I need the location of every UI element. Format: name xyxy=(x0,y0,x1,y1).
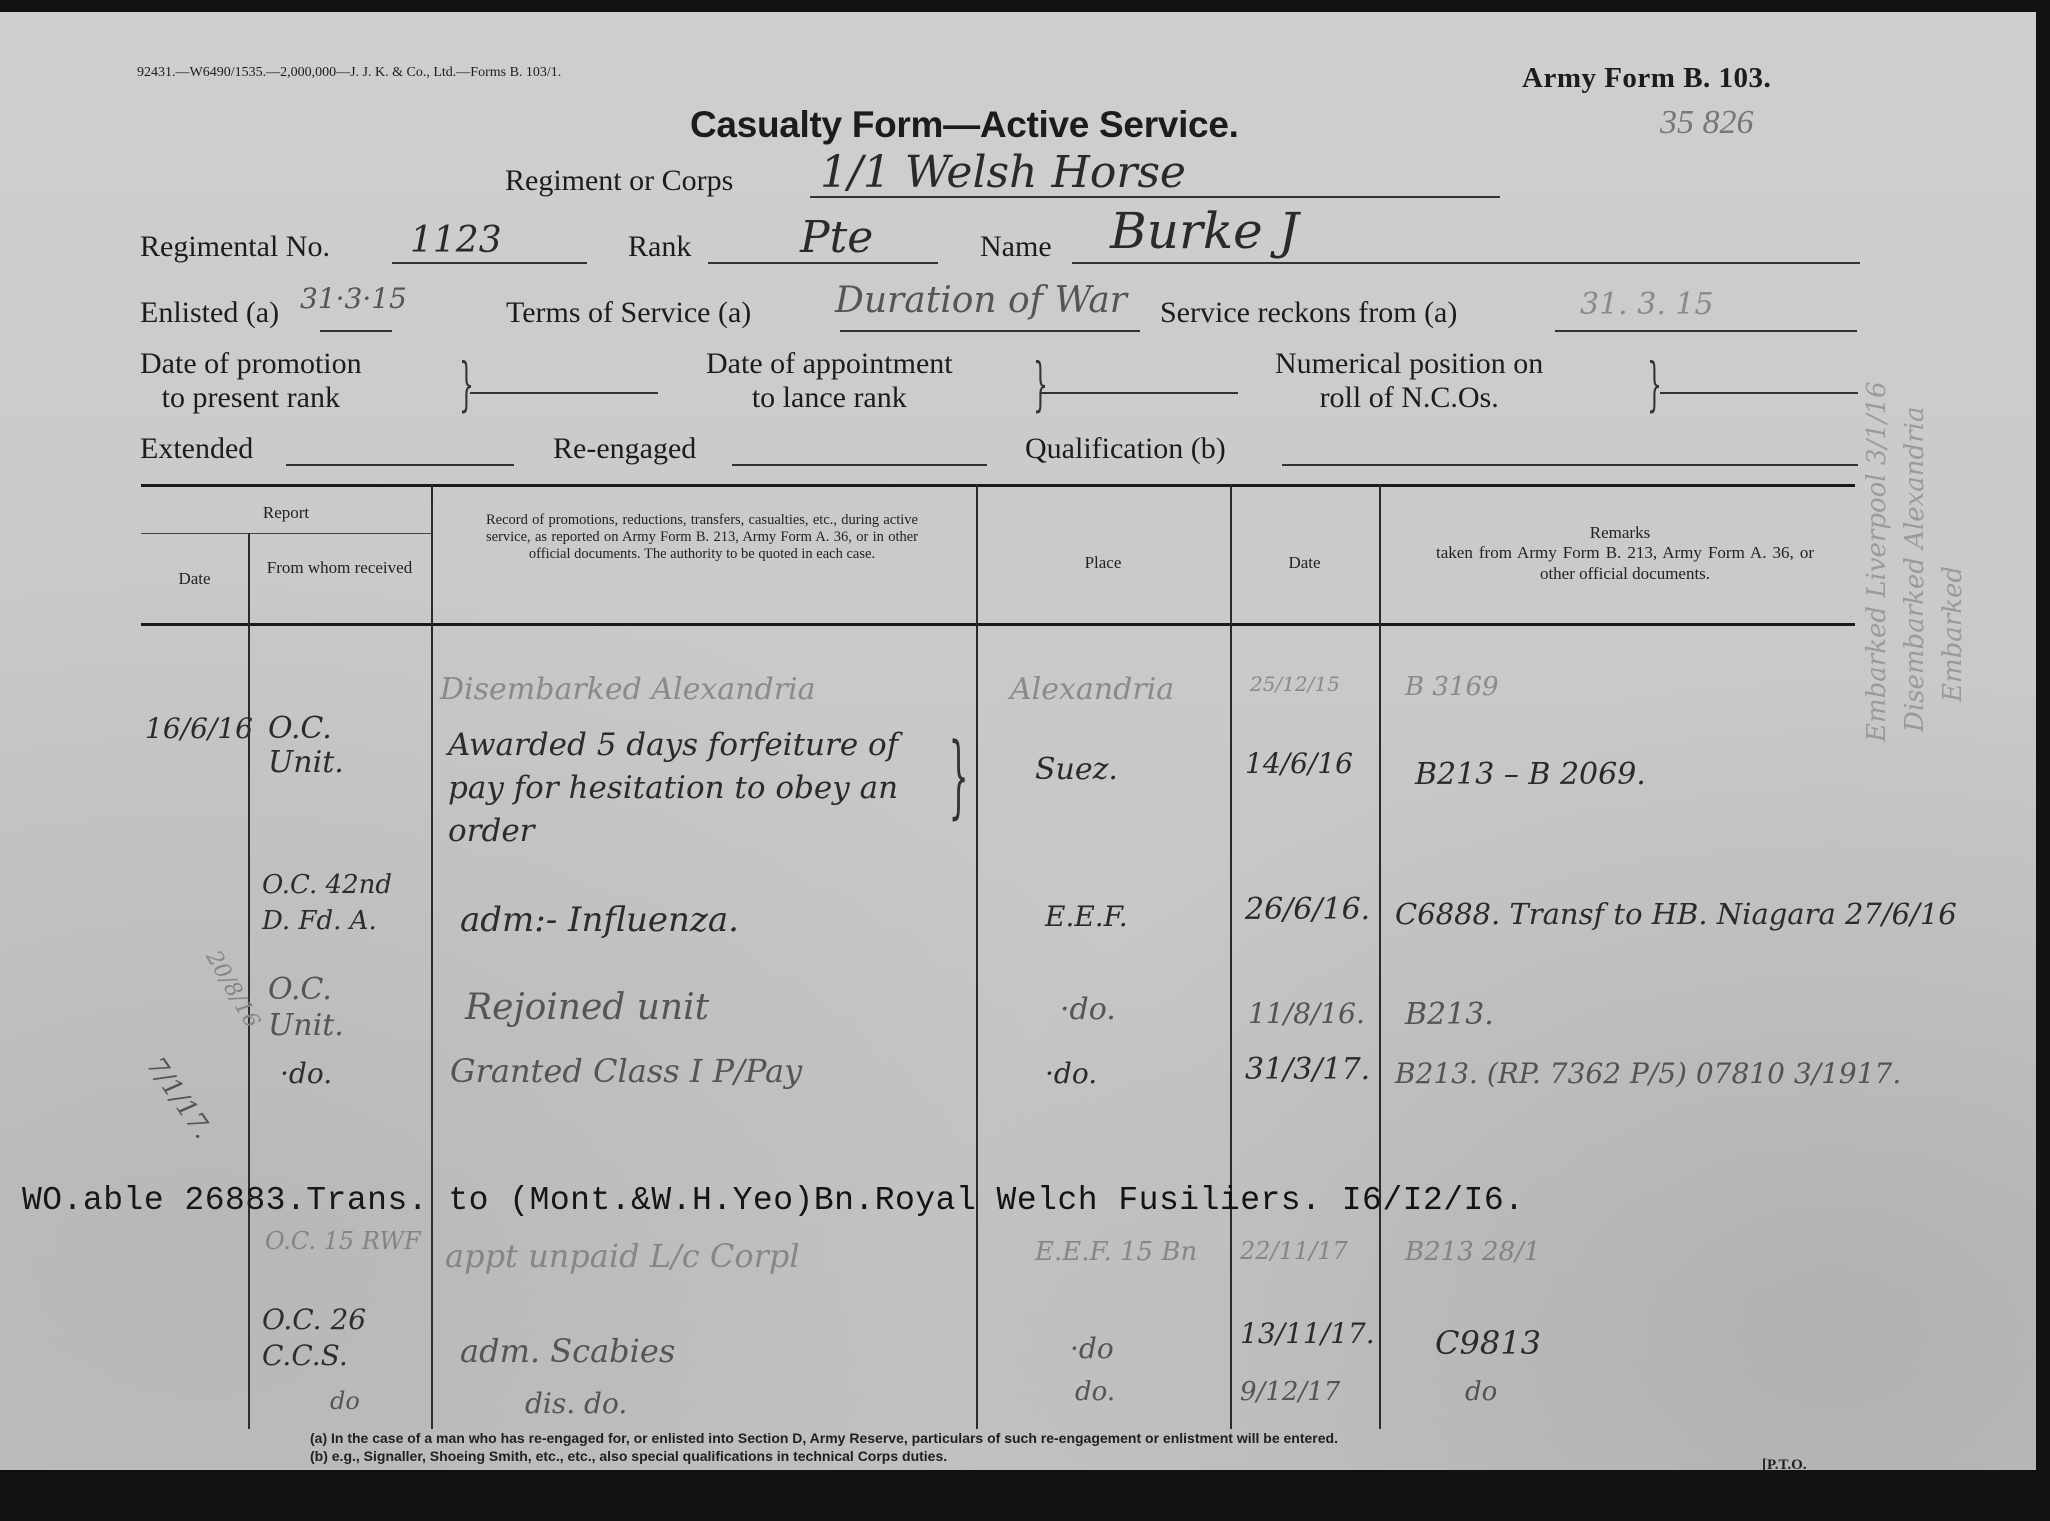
promotion-brace: } xyxy=(459,350,474,418)
numerical-brace: } xyxy=(1647,350,1662,418)
numerical-label-line1: Numerical position on xyxy=(1275,347,1543,381)
row7-remarks: do xyxy=(1465,1377,1497,1407)
header-remarks-title: Remarks xyxy=(1420,522,1820,543)
row6-remarks: C9813 xyxy=(1435,1324,1541,1362)
row1-place: Suez. xyxy=(1035,752,1118,787)
row4-from-whom: ·do. xyxy=(280,1057,332,1090)
numerical-underline xyxy=(1660,392,1858,394)
enlisted-value: 31·3·15 xyxy=(300,282,407,315)
rank-value: Pte xyxy=(800,212,873,263)
row2-date: 26/6/16. xyxy=(1245,892,1370,927)
row4-remarks: B213. (RP. 7362 P/5) 07810 3/1917. xyxy=(1395,1057,1901,1090)
header-remarks: taken from Army Form B. 213, Army Form A… xyxy=(1436,542,1814,584)
page-title: Casualty Form—Active Service. xyxy=(690,104,1239,146)
casualty-form-document: 92431.—W6490/1535.—2,000,000—J. J. K. & … xyxy=(0,12,2036,1470)
name-underline xyxy=(1072,262,1860,264)
appointment-label-line2: to lance rank xyxy=(706,381,953,415)
row3-report-date: 20/8/16 xyxy=(200,947,264,1033)
column-divider-from-whom xyxy=(431,484,433,1429)
reengaged-label: Re-engaged xyxy=(553,432,696,466)
terms-label: Terms of Service (a) xyxy=(506,296,751,330)
enlisted-label: Enlisted (a) xyxy=(140,296,279,330)
regimental-no-underline xyxy=(392,262,587,264)
row3-record: Rejoined unit xyxy=(465,987,709,1028)
header-report: Report xyxy=(141,502,431,523)
row1-remarks: B213 – B 2069. xyxy=(1415,757,1646,792)
terms-underline xyxy=(840,330,1140,332)
header-from-whom: From whom received xyxy=(262,557,417,578)
header-date: Date xyxy=(1230,552,1379,573)
promotion-label: Date of promotion to present rank xyxy=(140,347,362,415)
row4-date: 31/3/17. xyxy=(1245,1052,1370,1087)
extended-label: Extended xyxy=(140,432,253,466)
qualification-underline xyxy=(1282,464,1858,466)
row1-brace: } xyxy=(949,724,969,829)
printer-imprint: 92431.—W6490/1535.—2,000,000—J. J. K. & … xyxy=(137,65,561,81)
header-place: Place xyxy=(976,552,1230,573)
row1-record: Awarded 5 days forfeiture of pay for hes… xyxy=(448,724,938,853)
promotion-underline xyxy=(470,392,658,394)
numerical-label: Numerical position on roll of N.C.Os. xyxy=(1275,347,1543,415)
row2-from-whom: O.C. 42nd D. Fd. A. xyxy=(262,867,427,939)
row6-date: 13/11/17. xyxy=(1240,1317,1375,1350)
reckons-underline xyxy=(1555,330,1857,332)
row2-place: E.E.F. xyxy=(1045,900,1128,933)
row1-report-date: 16/6/16 xyxy=(145,712,253,745)
enlisted-underline xyxy=(320,330,392,332)
margin-note-2: Disembarked Alexandria xyxy=(1900,407,1930,732)
row0-place: Alexandria xyxy=(1010,672,1174,707)
column-divider-record xyxy=(976,484,978,1429)
numerical-label-line2: roll of N.C.Os. xyxy=(1275,381,1543,415)
qualification-label: Qualification (b) xyxy=(1025,432,1226,466)
row5-remarks: B213 28/1 xyxy=(1405,1237,1540,1267)
promotion-label-line1: Date of promotion xyxy=(140,347,362,381)
reengaged-underline xyxy=(732,464,987,466)
row6-from-whom: O.C. 26 C.C.S. xyxy=(262,1302,422,1374)
typed-transfer-note: WO.able 26883.Trans. to (Mont.&W.H.Yeo)B… xyxy=(22,1182,1524,1219)
regimental-no-value: 1123 xyxy=(410,220,502,261)
row5-date: 22/11/17 xyxy=(1240,1237,1348,1265)
form-number: Army Form B. 103. xyxy=(1522,62,1771,95)
name-label: Name xyxy=(980,230,1052,264)
extended-underline xyxy=(286,464,514,466)
promotion-label-line2: to present rank xyxy=(140,381,362,415)
table-header-bottom-rule xyxy=(141,623,1855,626)
row7-date: 9/12/17 xyxy=(1240,1377,1340,1407)
row0-remarks: B 3169 xyxy=(1405,672,1499,702)
row6-place: ·do xyxy=(1070,1332,1114,1365)
column-divider-date xyxy=(248,533,250,1429)
row5-from-whom: O.C. 15 RWF xyxy=(265,1227,421,1255)
regiment-value: 1/1 Welsh Horse xyxy=(820,147,1186,198)
row1-date: 14/6/16 xyxy=(1245,747,1353,780)
row3-from-whom: O.C. Unit. xyxy=(268,972,378,1044)
terms-value: Duration of War xyxy=(835,280,1127,321)
row4-record: Granted Class I P/Pay xyxy=(450,1052,802,1090)
row7-place: do. xyxy=(1075,1377,1115,1407)
column-divider-date2 xyxy=(1379,484,1381,1429)
stamp-number: 35 826 xyxy=(1660,104,1754,142)
reckons-label: Service reckons from (a) xyxy=(1160,296,1457,330)
regimental-no-label: Regimental No. xyxy=(140,230,330,264)
header-record: Record of promotions, reductions, transf… xyxy=(486,512,918,563)
appointment-underline xyxy=(1040,392,1238,394)
margin-note-1: Embarked Liverpool 3/1/16 xyxy=(1862,381,1892,742)
row2-remarks: C6888. Transf to HB. Niagara 27/6/16 xyxy=(1395,892,2015,936)
row7-from-whom: do xyxy=(330,1387,360,1415)
row6-record: adm. Scabies xyxy=(460,1332,675,1370)
row1-from-whom: O.C. Unit. xyxy=(268,712,378,780)
row5-record: appt unpaid L/c Corpl xyxy=(445,1237,800,1275)
row3-remarks: B213. xyxy=(1405,997,1494,1032)
row2-record: adm:- Influenza. xyxy=(460,900,739,940)
row5-place: E.E.F. 15 Bn xyxy=(1035,1237,1197,1267)
footnote-a: (a) In the case of a man who has re-enga… xyxy=(310,1430,1338,1446)
pto-marker: [P.T.O. xyxy=(1762,1457,1807,1474)
name-value: Burke J xyxy=(1110,202,1299,260)
footnote-b: (b) e.g., Signaller, Shoeing Smith, etc.… xyxy=(310,1448,947,1464)
appointment-brace: } xyxy=(1033,350,1048,418)
row0-record: Disembarked Alexandria xyxy=(440,672,816,707)
margin-note-3: Embarked xyxy=(1938,566,1968,702)
appointment-label-line1: Date of appointment xyxy=(706,347,953,381)
regiment-label: Regiment or Corps xyxy=(505,164,733,198)
row7-record: dis. do. xyxy=(525,1387,627,1420)
header-report-date: Date xyxy=(141,568,248,589)
row0-date: 25/12/15 xyxy=(1250,672,1340,696)
appointment-label: Date of appointment to lance rank xyxy=(706,347,953,415)
reckons-value: 31. 3. 15 xyxy=(1580,287,1714,322)
rank-label: Rank xyxy=(628,230,691,264)
row4-place: ·do. xyxy=(1045,1057,1097,1090)
row3-place: ·do. xyxy=(1060,992,1116,1027)
table-top-rule xyxy=(141,484,1855,487)
row3-date: 11/8/16. xyxy=(1248,997,1365,1030)
row4-report-date: 7/1/17. xyxy=(140,1052,217,1145)
column-divider-place xyxy=(1230,484,1232,1429)
report-subheader-rule xyxy=(141,533,431,534)
